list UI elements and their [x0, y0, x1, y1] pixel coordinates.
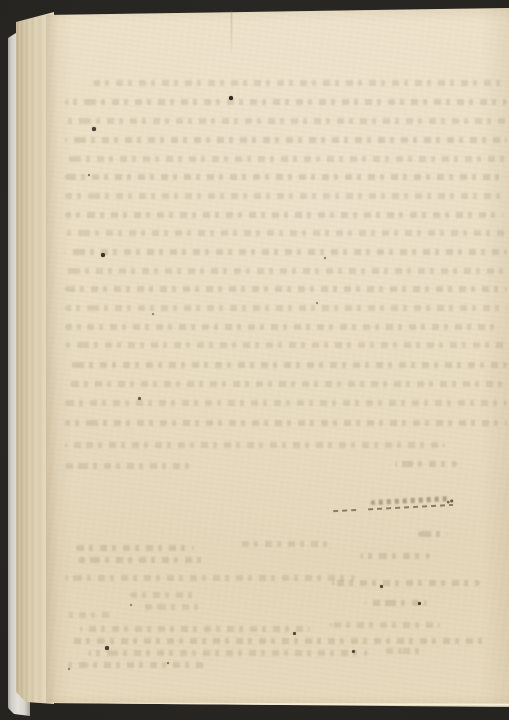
- document-page: [46, 8, 509, 711]
- signature-dash-segment: [368, 504, 453, 510]
- scanned-page-photo: [0, 0, 509, 720]
- paper-crease: [231, 11, 232, 59]
- signature-end-mark: [447, 499, 454, 504]
- page-bottom-edge: [46, 702, 509, 705]
- signature-dash-segment: [333, 509, 359, 512]
- paper-texture: [46, 8, 509, 711]
